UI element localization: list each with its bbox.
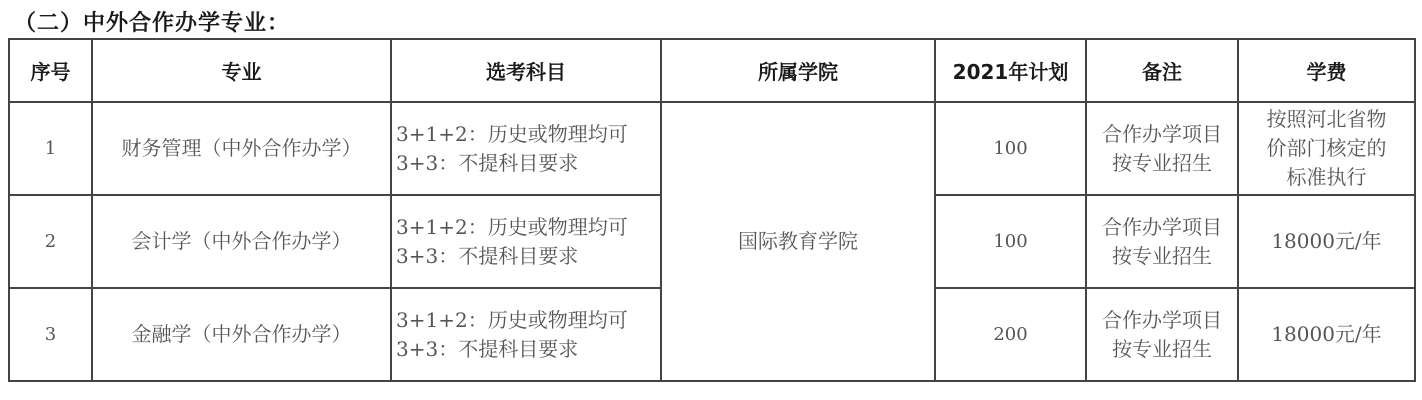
subjects-text: 3+1+2：历史或物理均可3+3：不提科目要求 [396, 213, 641, 271]
cell-major: 财务管理（中外合作办学） [92, 102, 391, 195]
cell-subjects: 3+1+2：历史或物理均可3+3：不提科目要求 [391, 288, 661, 381]
header-index: 序号 [9, 39, 92, 102]
header-note: 备注 [1086, 39, 1238, 102]
sino-foreign-majors-table: 序号 专业 选考科目 所属学院 2021年计划 备注 学费 1 财务管理（中外合… [8, 38, 1416, 382]
cell-note: 合作办学项目 按专业招生 [1086, 288, 1238, 381]
cell-subjects: 3+1+2：历史或物理均可3+3：不提科目要求 [391, 195, 661, 288]
subjects-text: 3+1+2：历史或物理均可3+3：不提科目要求 [396, 120, 641, 178]
cell-fee: 18000元/年 [1238, 288, 1415, 381]
cell-note: 合作办学项目 按专业招生 [1086, 102, 1238, 195]
header-fee: 学费 [1238, 39, 1415, 102]
section-title: （二）中外合作办学专业： [14, 6, 290, 37]
major-text: 财务管理（中外合作办学） [122, 134, 362, 163]
cell-plan: 100 [935, 195, 1086, 288]
table-header-row: 序号 专业 选考科目 所属学院 2021年计划 备注 学费 [9, 39, 1415, 102]
cell-fee: 按照河北省物价部门核定的标准执行 [1238, 102, 1415, 195]
cell-index: 3 [9, 288, 92, 381]
cell-note: 合作办学项目 按专业招生 [1086, 195, 1238, 288]
cell-index: 1 [9, 102, 92, 195]
header-subjects: 选考科目 [391, 39, 661, 102]
cell-index: 2 [9, 195, 92, 288]
header-college: 所属学院 [661, 39, 935, 102]
cell-major: 金融学（中外合作办学） [92, 288, 391, 381]
fee-text: 按照河北省物价部门核定的标准执行 [1262, 105, 1392, 192]
cell-fee: 18000元/年 [1238, 195, 1415, 288]
table-row: 1 财务管理（中外合作办学） 3+1+2：历史或物理均可3+3：不提科目要求 国… [9, 102, 1415, 195]
cell-college: 国际教育学院 [661, 102, 935, 381]
cell-subjects: 3+1+2：历史或物理均可3+3：不提科目要求 [391, 102, 661, 195]
subjects-text: 3+1+2：历史或物理均可3+3：不提科目要求 [396, 306, 641, 364]
note-text: 合作办学项目 按专业招生 [1097, 213, 1227, 271]
note-text: 合作办学项目 按专业招生 [1097, 306, 1227, 364]
cell-major: 会计学（中外合作办学） [92, 195, 391, 288]
header-major: 专业 [92, 39, 391, 102]
note-text: 合作办学项目 按专业招生 [1097, 120, 1227, 178]
cell-plan: 100 [935, 102, 1086, 195]
cell-plan: 200 [935, 288, 1086, 381]
header-plan: 2021年计划 [935, 39, 1086, 102]
